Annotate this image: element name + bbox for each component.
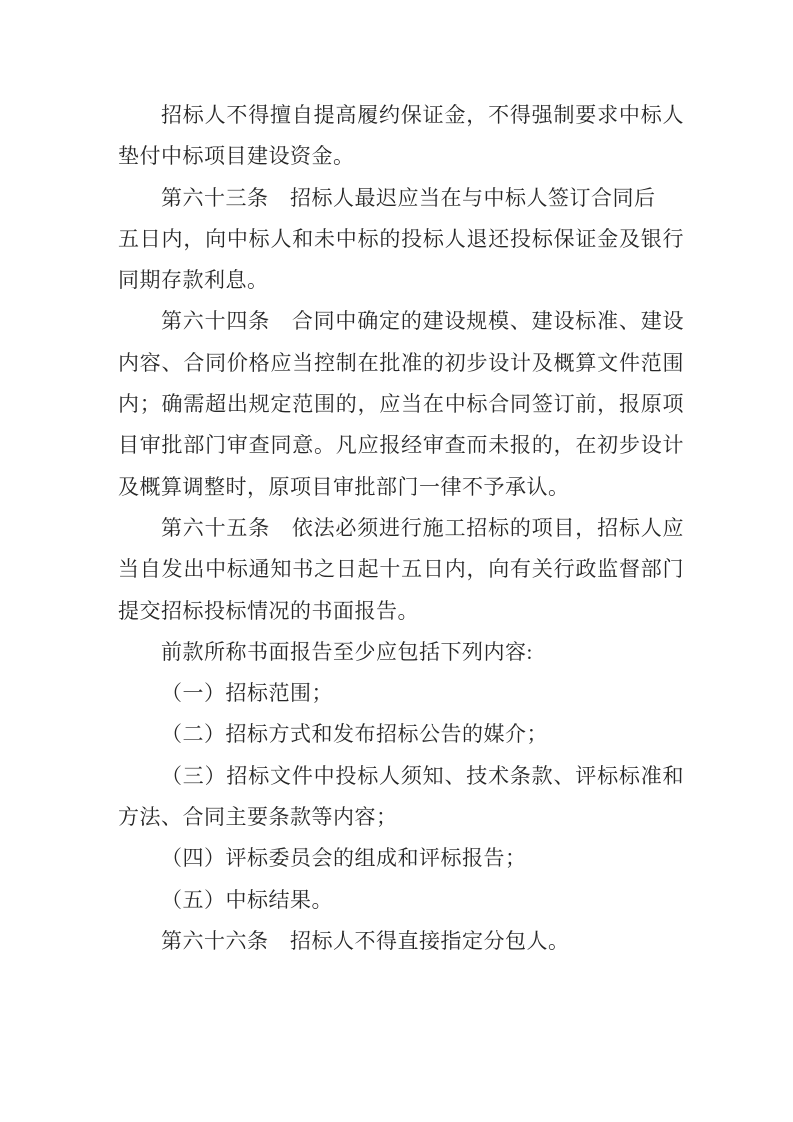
text-line-list-item-5: （五）中标结果。 [118,880,684,921]
text-line-list-item-2: （二）招标方式和发布招标公告的媒介； [118,714,684,755]
text-line-article-65: 第六十五条 依法必须进行施工招标的项目，招标人应 [118,508,684,549]
text-line-list-item-1: （一）招标范围； [118,673,684,714]
text-line: 目审批部门审查同意。凡应报经审查而未报的，在初步设计 [118,425,684,466]
text-line: 内容、合同价格应当控制在批准的初步设计及概算文件范围 [118,343,684,384]
text-line: 内；确需超出规定范围的，应当在中标合同签订前，报原项 [118,384,684,425]
text-line-list-item-4: （四）评标委员会的组成和评标报告； [118,838,684,879]
document-text-block: 招标人不得擅自提高履约保证金，不得强制要求中标人 垫付中标项目建设资金。 第六十… [118,95,684,962]
text-line: 招标人不得擅自提高履约保证金，不得强制要求中标人 [118,95,684,136]
text-line: 前款所称书面报告至少应包括下列内容: [118,632,684,673]
text-line-list-item-3: （三）招标文件中投标人须知、技术条款、评标标准和 [118,756,684,797]
text-line: 及概算调整时，原项目审批部门一律不予承认。 [118,467,684,508]
text-line: 提交招标投标情况的书面报告。 [118,591,684,632]
text-line-article-66: 第六十六条 招标人不得直接指定分包人。 [118,921,684,962]
text-line: 同期存款利息。 [118,260,684,301]
text-line-article-63: 第六十三条 招标人最迟应当在与中标人签订合同后 [118,178,684,219]
text-line: 五日内，向中标人和未中标的投标人退还投标保证金及银行 [118,219,684,260]
text-line-article-64: 第六十四条 合同中确定的建设规模、建设标准、建设 [118,301,684,342]
text-line: 当自发出中标通知书之日起十五日内，向有关行政监督部门 [118,549,684,590]
text-line: 垫付中标项目建设资金。 [118,136,684,177]
text-line: 方法、合同主要条款等内容； [118,797,684,838]
document-page: 招标人不得擅自提高履约保证金，不得强制要求中标人 垫付中标项目建设资金。 第六十… [0,0,793,1122]
